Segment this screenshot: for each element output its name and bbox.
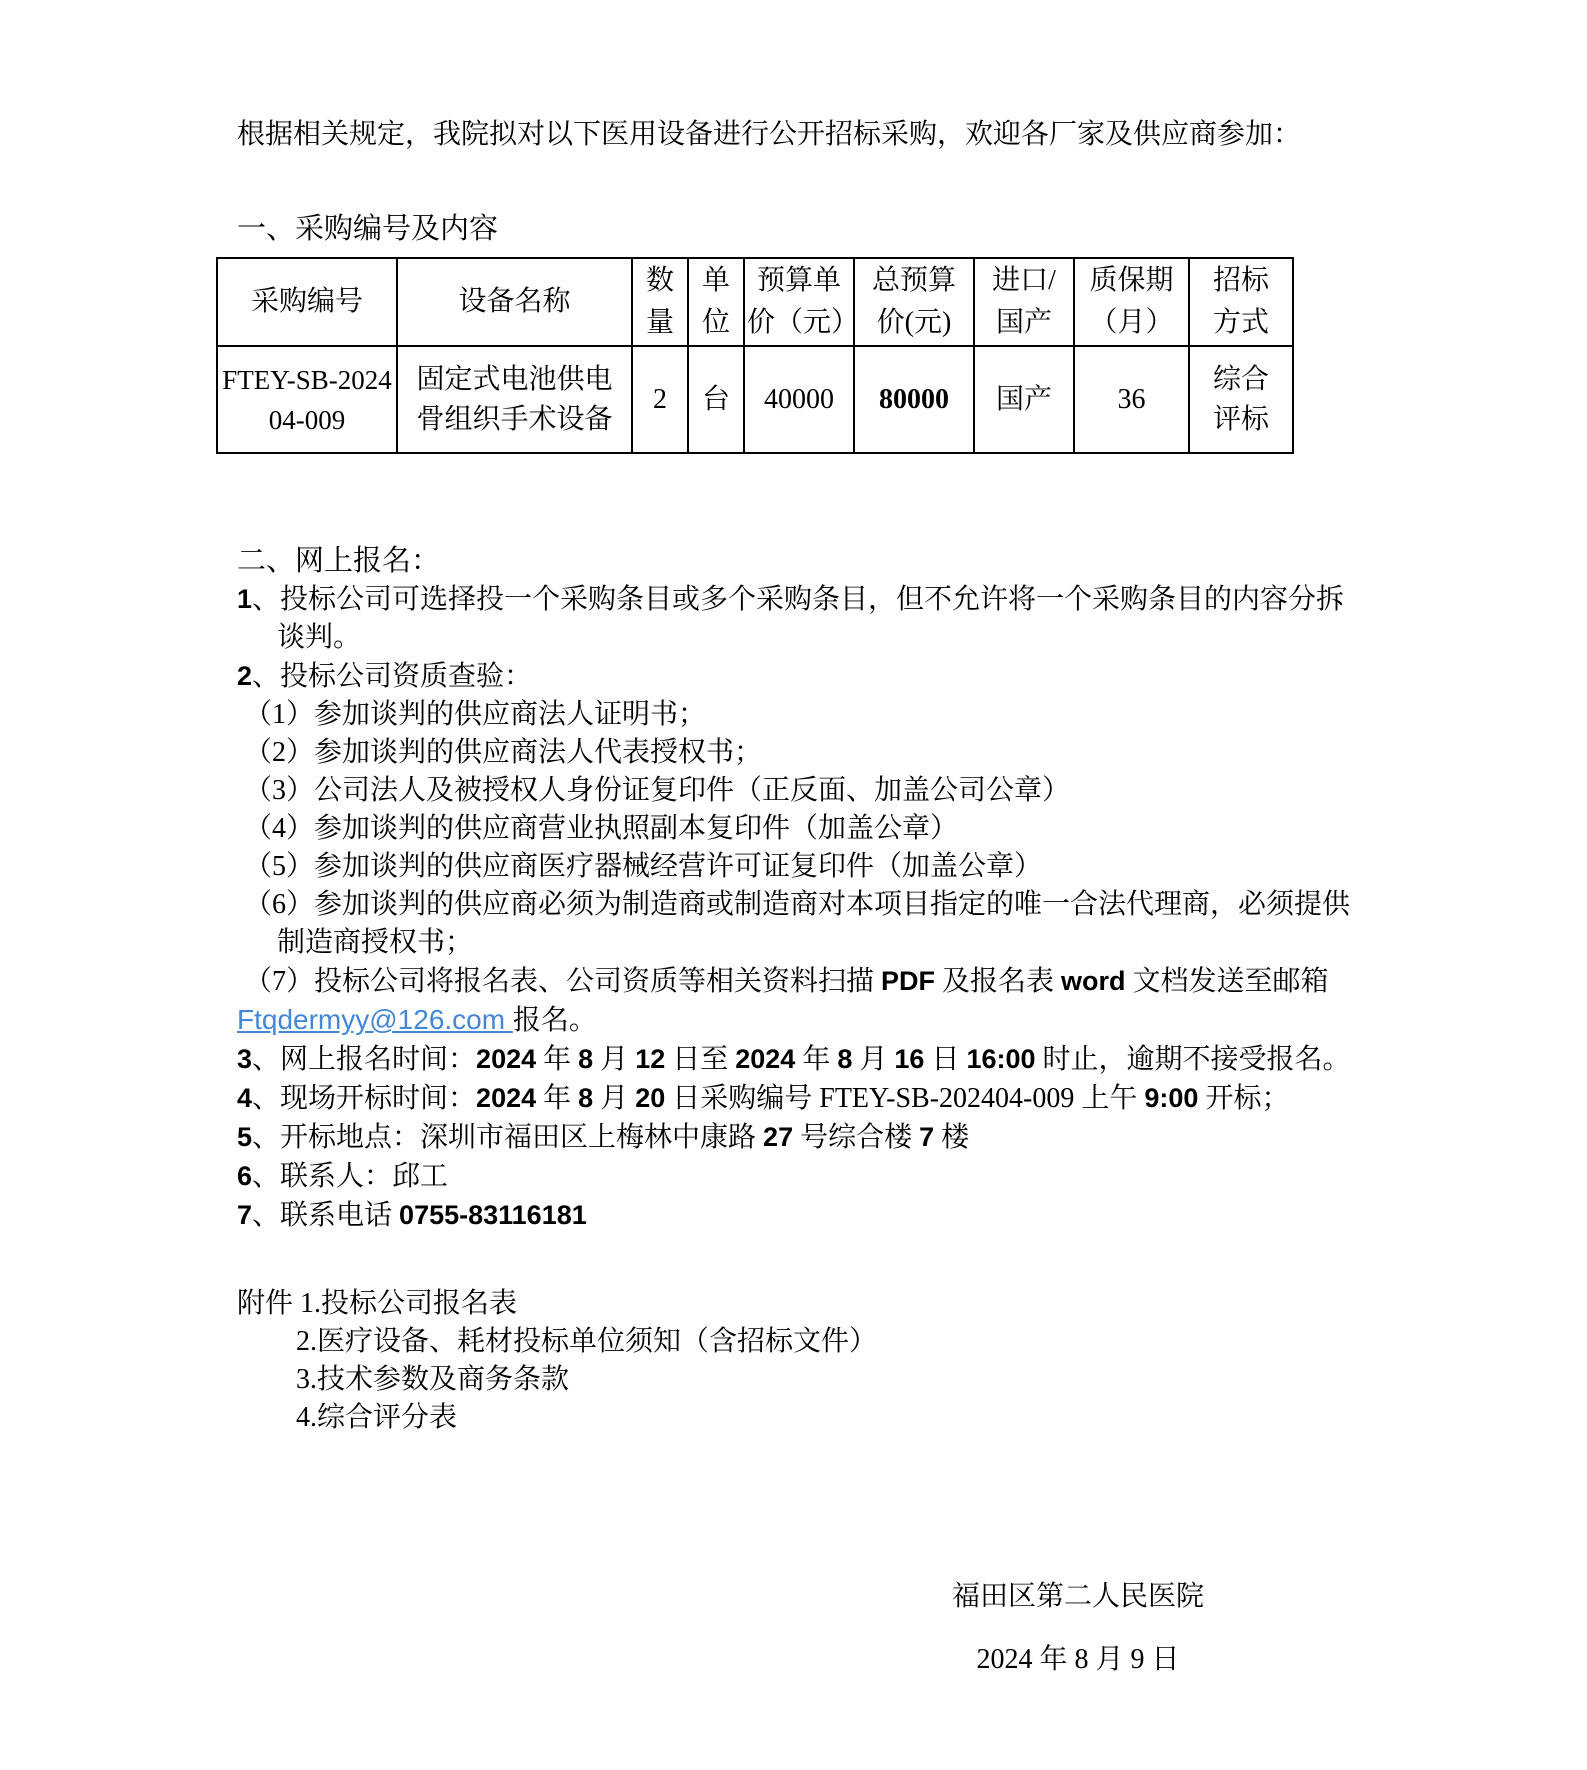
text-segment: 、投标公司资质查验：: [252, 661, 532, 692]
text-segment: 报名。: [513, 1005, 597, 1036]
section1-title: 一、采购编号及内容: [237, 210, 1447, 248]
cell-device-name: 固定式电池供电 骨组织手术设备: [397, 346, 632, 453]
text-segment: 号综合楼: [793, 1122, 919, 1153]
sub-item-1: （1）参加谈判的供应商法人证明书；: [244, 696, 1447, 734]
text-segment: 楼: [934, 1122, 969, 1153]
cell-warranty: 36: [1074, 346, 1189, 453]
cell-unit-price: 40000: [744, 346, 854, 453]
bold-number-text: 4: [237, 1083, 252, 1113]
email-link[interactable]: Ftqdermyy@126.com: [237, 1004, 513, 1035]
cell-quantity: 2: [632, 346, 688, 453]
table-header-origin: 进口/ 国产: [974, 258, 1074, 346]
attachments-block: 附件 1.投标公司报名表 2.医疗设备、耗材投标单位须知（含招标文件） 3.技术…: [237, 1285, 1447, 1437]
bold-number-text: 20: [635, 1083, 665, 1113]
table-header-row: 采购编号 设备名称 数 量 单 位 预算单 价（元） 总预算 价(元) 进口/ …: [217, 258, 1293, 346]
table-header-total-price: 总预算 价(元): [854, 258, 974, 346]
cell-procurement-code: FTEY-SB-2024 04-009: [217, 346, 397, 453]
text-segment: （3）公司法人及被授权人身份证复印件（正反面、加盖公司公章）: [244, 775, 1070, 806]
bold-number-text: 7: [237, 1200, 252, 1230]
item-contact-person: 6、联系人：邱工: [237, 1157, 1447, 1196]
text-segment: 日: [924, 1044, 966, 1075]
bold-number-text: 7: [919, 1122, 934, 1152]
text-segment: FTEY-SB-202404-009: [819, 1083, 1074, 1114]
table-data-row: FTEY-SB-2024 04-009 固定式电池供电 骨组织手术设备 2 台 …: [217, 346, 1293, 453]
signature-date: 2024 年 8 月 9 日: [913, 1628, 1243, 1691]
cell-origin: 国产: [974, 346, 1074, 453]
sub-item-6: （6）参加谈判的供应商必须为制造商或制造商对本项目指定的唯一合法代理商，必须提供…: [244, 886, 1447, 962]
sub-item-2: （2）参加谈判的供应商法人代表授权书；: [244, 734, 1447, 772]
bold-number-text: word: [1061, 966, 1126, 996]
bold-number-text: 8: [837, 1044, 852, 1074]
text-segment: 月: [852, 1044, 894, 1075]
bold-number-text: 2024: [735, 1044, 795, 1074]
bold-number-text: 9:00: [1144, 1083, 1198, 1113]
document-page: 根据相关规定，我院拟对以下医用设备进行公开招标采购，欢迎各厂家及供应商参加： 一…: [0, 0, 1587, 1770]
text-segment: 日至: [665, 1044, 735, 1075]
bold-number-text: 2: [237, 661, 252, 691]
text-segment: 年: [536, 1083, 578, 1114]
intro-paragraph: 根据相关规定，我院拟对以下医用设备进行公开招标采购，欢迎各厂家及供应商参加：: [237, 116, 1447, 154]
section2-title: 二、网上报名：: [237, 542, 1447, 580]
list-item-2: 2、投标公司资质查验：: [237, 657, 1447, 696]
item-contact-phone: 7、联系电话 0755-83116181: [237, 1196, 1447, 1235]
text-segment: （2）参加谈判的供应商法人代表授权书；: [244, 737, 762, 768]
bold-number-text: 3: [237, 1044, 252, 1074]
procurement-table: 采购编号 设备名称 数 量 单 位 预算单 价（元） 总预算 价(元) 进口/ …: [216, 257, 1294, 454]
sub-item-4: （4）参加谈判的供应商营业执照副本复印件（加盖公章）: [244, 810, 1447, 848]
text-segment: 谈判。: [277, 622, 361, 653]
text-segment: 、开标地点：深圳市福田区上梅林中康路: [252, 1122, 763, 1153]
item-venue: 5、开标地点：深圳市福田区上梅林中康路 27 号综合楼 7 楼: [237, 1118, 1447, 1157]
text-segment: 年: [795, 1044, 837, 1075]
bold-number-text: 8: [578, 1044, 593, 1074]
text-segment: 月: [593, 1083, 635, 1114]
cell-bid-method: 综合 评标: [1189, 346, 1293, 453]
text-segment: 日采购编号: [665, 1083, 819, 1114]
table-header-device-name: 设备名称: [397, 258, 632, 346]
table-header-unit: 单 位: [688, 258, 744, 346]
sub-item-5: （5）参加谈判的供应商医疗器械经营许可证复印件（加盖公章）: [244, 848, 1447, 886]
list-item-1: 1、投标公司可选择投一个采购条目或多个采购条目，但不允许将一个采购条目的内容分拆…: [237, 580, 1447, 657]
text-segment: （5）参加谈判的供应商医疗器械经营许可证复印件（加盖公章）: [244, 851, 1042, 882]
table-header-quantity: 数 量: [632, 258, 688, 346]
cell-total-price: 80000: [854, 346, 974, 453]
text-segment: 年: [536, 1044, 578, 1075]
bold-number-text: 12: [635, 1044, 665, 1074]
text-segment: 、投标公司可选择投一个采购条目或多个采购条目，但不允许将一个采购条目的内容分拆: [252, 584, 1344, 615]
bold-number-text: 2024: [476, 1083, 536, 1113]
table-header-bid-method: 招标 方式: [1189, 258, 1293, 346]
attachment-line-4: 4.综合评分表: [296, 1399, 1447, 1437]
bold-number-text: PDF: [881, 966, 935, 996]
text-segment: 开标；: [1198, 1083, 1289, 1114]
text-segment: 月: [593, 1044, 635, 1075]
table-header-unit-price: 预算单 价（元）: [744, 258, 854, 346]
text-segment: 文档发送至邮箱: [1126, 966, 1329, 997]
text-segment: 上午: [1074, 1083, 1144, 1114]
bold-number-text: 6: [237, 1161, 252, 1191]
text-segment: （6）参加谈判的供应商必须为制造商或制造商对本项目指定的唯一合法代理商，必须提供: [244, 889, 1350, 920]
text-segment: 时止，逾期不接受报名。: [1036, 1044, 1351, 1075]
bold-number-text: 27: [763, 1122, 793, 1152]
text-segment: （4）参加谈判的供应商营业执照副本复印件（加盖公章）: [244, 813, 958, 844]
text-segment: 、联系人：邱工: [252, 1161, 448, 1192]
cell-unit: 台: [688, 346, 744, 453]
table-header-warranty: 质保期 （月）: [1074, 258, 1189, 346]
bold-number-text: 2024: [476, 1044, 536, 1074]
bold-number-text: 0755-83116181: [399, 1200, 587, 1230]
bold-number-text: 8: [578, 1083, 593, 1113]
bold-number-text: 5: [237, 1122, 252, 1152]
attachment-line-3: 3.技术参数及商务条款: [296, 1361, 1447, 1399]
bold-number-text: 16:00: [966, 1044, 1035, 1074]
sub-item-3: （3）公司法人及被授权人身份证复印件（正反面、加盖公司公章）: [244, 772, 1447, 810]
bold-number-text: 16: [894, 1044, 924, 1074]
text-segment: 制造商授权书；: [277, 927, 473, 958]
attachment-line-1: 附件 1.投标公司报名表: [237, 1285, 1447, 1323]
item-signup-time: 3、网上报名时间：2024 年 8 月 12 日至 2024 年 8 月 16 …: [237, 1040, 1447, 1079]
text-segment: （7）投标公司将报名表、公司资质等相关资料扫描: [244, 966, 881, 997]
text-segment: 及报名表: [935, 966, 1061, 997]
attachment-line-2: 2.医疗设备、耗材投标单位须知（含招标文件）: [296, 1323, 1447, 1361]
signature-org: 福田区第二人民医院: [913, 1565, 1243, 1628]
text-segment: 、网上报名时间：: [252, 1044, 476, 1075]
text-segment: 、联系电话: [252, 1200, 399, 1231]
text-segment: （1）参加谈判的供应商法人证明书；: [244, 699, 706, 730]
bold-number-text: 1: [237, 584, 252, 614]
sub-item-7: （7）投标公司将报名表、公司资质等相关资料扫描 PDF 及报名表 word 文档…: [237, 962, 1447, 1040]
item-bid-open-time: 4、现场开标时间：2024 年 8 月 20 日采购编号 FTEY-SB-202…: [237, 1079, 1447, 1118]
text-segment: 、现场开标时间：: [252, 1083, 476, 1114]
table-header-procurement-code: 采购编号: [217, 258, 397, 346]
signature-block: 福田区第二人民医院 2024 年 8 月 9 日: [913, 1565, 1243, 1691]
